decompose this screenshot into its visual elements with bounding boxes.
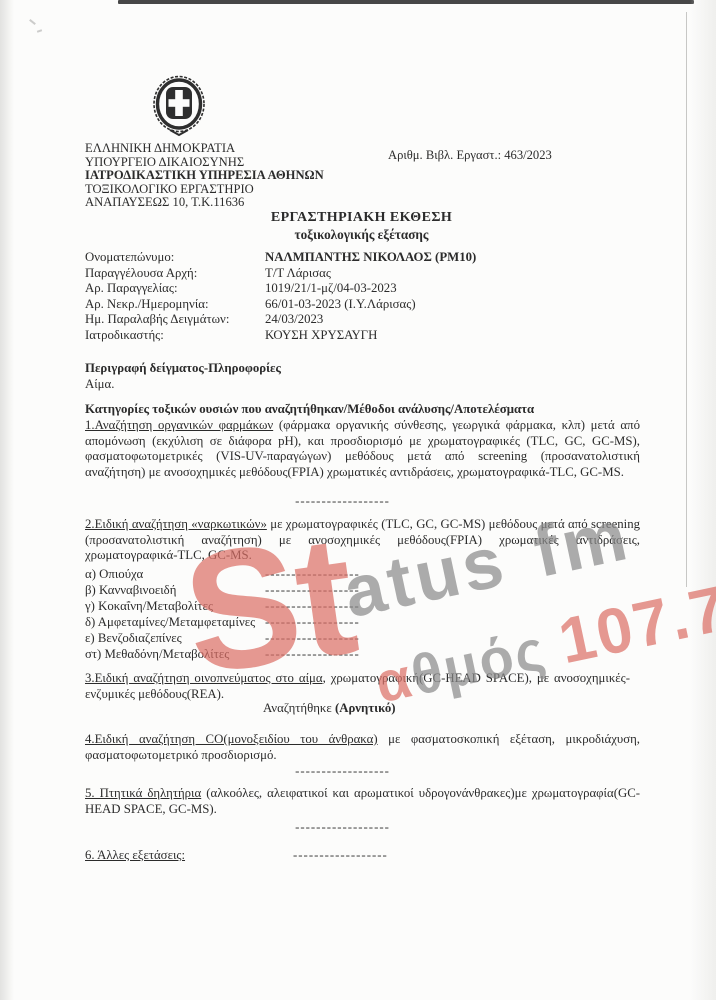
section-lead: 4.Ειδική αναζήτηση CO(μονοξειδίου του άν…: [85, 732, 378, 746]
drug-name: γ) Κοκαΐνη/Μεταβολίτες: [85, 598, 265, 614]
result-dashes: ------------------: [293, 848, 388, 863]
section-lead: 1.Αναζήτηση οργανικών φαρμάκων: [85, 418, 273, 432]
drug-name: στ) Μεθαδόνη/Μεταβολίτες: [85, 646, 265, 662]
report-title: ΕΡΓΑΣΤΗΡΙΑΚΗ ΕΚΘΕΣΗ τοξικολογικής εξέτασ…: [85, 210, 638, 243]
drug-result-dashes: ------------------: [265, 566, 360, 582]
section-volatile-poisons: 5. Πτητικά δηλητήρια (αλκοόλες, αλειφατι…: [85, 786, 640, 817]
report-title-main: ΕΡΓΑΣΤΗΡΙΑΚΗ ΕΚΘΕΣΗ: [85, 210, 638, 227]
drug-name: ε) Βενζοδιαζεπίνες: [85, 630, 265, 646]
field-row-name: Ονοματεπώνυμο: ΝΑΛΜΠΑΝΤΗΣ ΝΙΚΟΛΑΟΣ (PM10…: [85, 250, 476, 266]
field-label: Παραγγέλουσα Αρχή:: [85, 266, 265, 282]
list-item: δ) Αμφεταμίνες/Μεταμφεταμίνες ----------…: [85, 614, 360, 630]
result-dashes: ------------------: [85, 494, 600, 509]
alcohol-result: Αναζητήθηκε (Αρνητικό): [263, 701, 396, 716]
drug-result-dashes: ------------------: [265, 630, 360, 646]
field-label: Ιατροδικαστής:: [85, 328, 265, 344]
result-dashes: ------------------: [85, 820, 600, 835]
section-narcotics: 2.Ειδική αναζήτηση «ναρκωτικών» με χρωμα…: [85, 517, 640, 564]
result-dashes: ------------------: [85, 764, 600, 779]
section-lead: 3.Ειδική αναζήτηση οινοπνεύματος στο αίμ…: [85, 671, 323, 685]
drug-screen-list: α) Οπιούχα ------------------ β) Κανναβι…: [85, 566, 360, 662]
agency-line: ΙΑΤΡΟΔΙΚΑΣΤΙΚΗ ΥΠΗΡΕΣΙΑ ΑΘΗΝΩΝ: [85, 169, 324, 183]
field-value: ΝΑΛΜΠΑΝΤΗΣ ΝΙΚΟΛΑΟΣ (PM10): [265, 250, 476, 266]
scan-right-shade: [690, 0, 716, 1000]
field-value: 1019/21/1-μζ/04-03-2023: [265, 281, 397, 297]
drug-result-dashes: ------------------: [265, 646, 360, 662]
agency-line: ΑΝΑΠΑΥΣΕΩΣ 10, Τ.Κ.11636: [85, 196, 324, 210]
agency-line: ΥΠΟΥΡΓΕΙΟ ΔΙΚΑΙΟΣΥΝΗΣ: [85, 156, 324, 170]
field-value: 66/01-03-2023 (Ι.Υ.Λάρισας): [265, 297, 416, 313]
registry-number: Αριθμ. Βιβλ. Εργαστ.: 463/2023: [388, 148, 552, 163]
section-lead: 2.Ειδική αναζήτηση «ναρκωτικών»: [85, 517, 267, 531]
list-item: α) Οπιούχα ------------------: [85, 566, 360, 582]
field-row-autopsy-number: Αρ. Νεκρ./Ημερομηνία: 66/01-03-2023 (Ι.Υ…: [85, 297, 476, 313]
field-label: Αρ. Παραγγελίας:: [85, 281, 265, 297]
categories-heading: Κατηγορίες τοξικών ουσιών που αναζητήθηκ…: [85, 402, 534, 417]
field-row-sample-received: Ημ. Παραλαβής Δειγμάτων: 24/03/2023: [85, 312, 476, 328]
drug-result-dashes: ------------------: [265, 582, 360, 598]
field-value: 24/03/2023: [265, 312, 323, 328]
result-text: Αναζητήθηκε: [263, 701, 335, 715]
section-carbon-monoxide: 4.Ειδική αναζήτηση CO(μονοξειδίου του άν…: [85, 732, 640, 763]
drug-name: β) Κανναβινοειδή: [85, 582, 265, 598]
field-value: ΚΟΥΣΗ ΧΡΥΣΑΥΓΗ: [265, 328, 377, 344]
agency-line: ΕΛΛΗΝΙΚΗ ΔΗΜΟΚΡΑΤΙΑ: [85, 142, 324, 156]
result-negative-badge: (Αρνητικό): [335, 701, 396, 715]
list-item: στ) Μεθαδόνη/Μεταβολίτες ---------------…: [85, 646, 360, 662]
field-label: Αρ. Νεκρ./Ημερομηνία:: [85, 297, 265, 313]
list-item: β) Κανναβινοειδή ------------------: [85, 582, 360, 598]
scan-left-shade: [0, 0, 14, 1000]
section-organic-drugs: 1.Αναζήτηση οργανικών φαρμάκων (φάρμακα …: [85, 418, 640, 480]
pencil-mark: [29, 19, 36, 25]
field-row-medical-examiner: Ιατροδικαστής: ΚΟΥΣΗ ΧΡΥΣΑΥΓΗ: [85, 328, 476, 344]
drug-name: α) Οπιούχα: [85, 566, 265, 582]
section-lead: 6. Άλλες εξετάσεις:: [85, 848, 185, 863]
section-lead: 5. Πτητικά δηλητήρια: [85, 786, 201, 800]
field-row-ordering-authority: Παραγγέλουσα Αρχή: Τ/Τ Λάρισας: [85, 266, 476, 282]
case-fields: Ονοματεπώνυμο: ΝΑΛΜΠΑΝΤΗΣ ΝΙΚΟΛΑΟΣ (PM10…: [85, 250, 476, 344]
pencil-mark: [37, 29, 42, 33]
list-item: γ) Κοκαΐνη/Μεταβολίτες -----------------…: [85, 598, 360, 614]
scanned-document-page: ΕΛΛΗΝΙΚΗ ΔΗΜΟΚΡΑΤΙΑ ΥΠΟΥΡΓΕΙΟ ΔΙΚΑΙΟΣΥΝΗ…: [0, 0, 716, 1000]
field-label: Ημ. Παραλαβής Δειγμάτων:: [85, 312, 265, 328]
sample-description-value: Αίμα.: [85, 377, 114, 392]
greek-coat-of-arms-icon: [151, 75, 207, 139]
sample-description-heading: Περιγραφή δείγματος-Πληροφορίες: [85, 361, 281, 376]
field-value: Τ/Τ Λάρισας: [265, 266, 331, 282]
scan-edge-top: [118, 0, 694, 4]
drug-result-dashes: ------------------: [265, 598, 360, 614]
section-alcohol: 3.Ειδική αναζήτηση οινοπνεύματος στο αίμ…: [85, 671, 630, 702]
section-other-tests: 6. Άλλες εξετάσεις: ------------------: [85, 848, 388, 863]
list-item: ε) Βενζοδιαζεπίνες ------------------: [85, 630, 360, 646]
agency-line: ΤΟΞΙΚΟΛΟΓΙΚΟ ΕΡΓΑΣΤΗΡΙΟ: [85, 183, 324, 197]
agency-header: ΕΛΛΗΝΙΚΗ ΔΗΜΟΚΡΑΤΙΑ ΥΠΟΥΡΓΕΙΟ ΔΙΚΑΙΟΣΥΝΗ…: [85, 142, 324, 210]
drug-name: δ) Αμφεταμίνες/Μεταμφεταμίνες: [85, 614, 265, 630]
paper-edge-line: [686, 12, 687, 587]
drug-result-dashes: ------------------: [265, 614, 360, 630]
report-title-sub: τοξικολογικής εξέτασης: [85, 227, 638, 244]
field-label: Ονοματεπώνυμο:: [85, 250, 265, 266]
field-row-order-number: Αρ. Παραγγελίας: 1019/21/1-μζ/04-03-2023: [85, 281, 476, 297]
